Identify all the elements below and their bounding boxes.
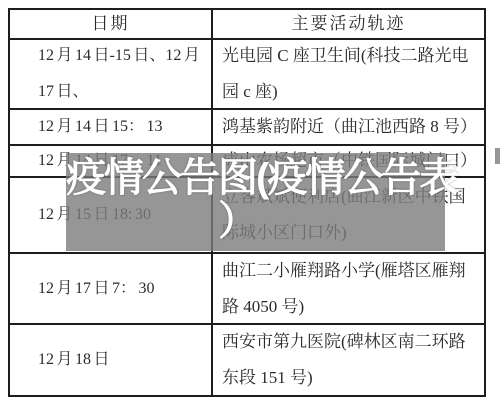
activity-cell: 鸿基紫韵附近（曲江池西路 8 号） <box>213 110 484 144</box>
date-cell: 12 月 14 日 15： 13 <box>10 110 213 144</box>
date-text: 12 月 17 日 7： 30 <box>38 271 207 307</box>
column-header-activity: 主要活动轨迹 <box>213 10 484 38</box>
date-text: 12 月 18 日 <box>38 342 207 378</box>
date-text: 12 月 14 日 15： 13 <box>38 110 207 144</box>
watermark-edge-artifact <box>495 148 500 164</box>
table-row: 12 月 14 日-15 日、12 月 17 日、 光电园 C 座卫生间(科技二… <box>10 40 484 110</box>
date-cell: 12 月 18 日 <box>10 325 213 395</box>
activity-cell: 曲江二小雁翔路小学(雁塔区雁翔路 4050 号) <box>213 254 484 323</box>
table-row: 12 月 17 日 7： 30 曲江二小雁翔路小学(雁塔区雁翔路 4050 号) <box>10 254 484 325</box>
date-cell: 12 月 17 日 7： 30 <box>10 254 213 323</box>
activity-cell: 光电园 C 座卫生间(科技二路光电园 c 座) <box>213 40 484 108</box>
table-row: 12 月 14 日 15： 13 鸿基紫韵附近（曲江池西路 8 号） <box>10 110 484 146</box>
watermark-overlay: 疫情公告图(疫情公告表 ） <box>66 153 445 251</box>
table-header-row: 日期 主要活动轨迹 <box>10 10 484 40</box>
activity-text: 光电园 C 座卫生间(科技二路光电园 c 座) <box>222 40 478 108</box>
scanned-announcement-page: 日期 主要活动轨迹 12 月 14 日-15 日、12 月 17 日、 光电园 … <box>0 0 500 404</box>
date-text: 12 月 14 日-15 日、12 月 17 日、 <box>38 40 207 108</box>
activity-text: 鸿基紫韵附近（曲江池西路 8 号） <box>222 110 478 144</box>
activity-text: 曲江二小雁翔路小学(雁塔区雁翔路 4050 号) <box>222 254 478 323</box>
table-row: 12 月 18 日 西安市第九医院(碑林区南二环路东段 151 号) <box>10 325 484 395</box>
watermark-text-line2: ） <box>66 201 445 241</box>
watermark-text-line1: 疫情公告图(疫情公告表 <box>66 155 445 201</box>
activity-text: 西安市第九医院(碑林区南二环路东段 151 号) <box>222 325 478 395</box>
date-cell: 12 月 14 日-15 日、12 月 17 日、 <box>10 40 213 108</box>
column-header-date: 日期 <box>10 10 213 38</box>
activity-cell: 西安市第九医院(碑林区南二环路东段 151 号) <box>213 325 484 395</box>
